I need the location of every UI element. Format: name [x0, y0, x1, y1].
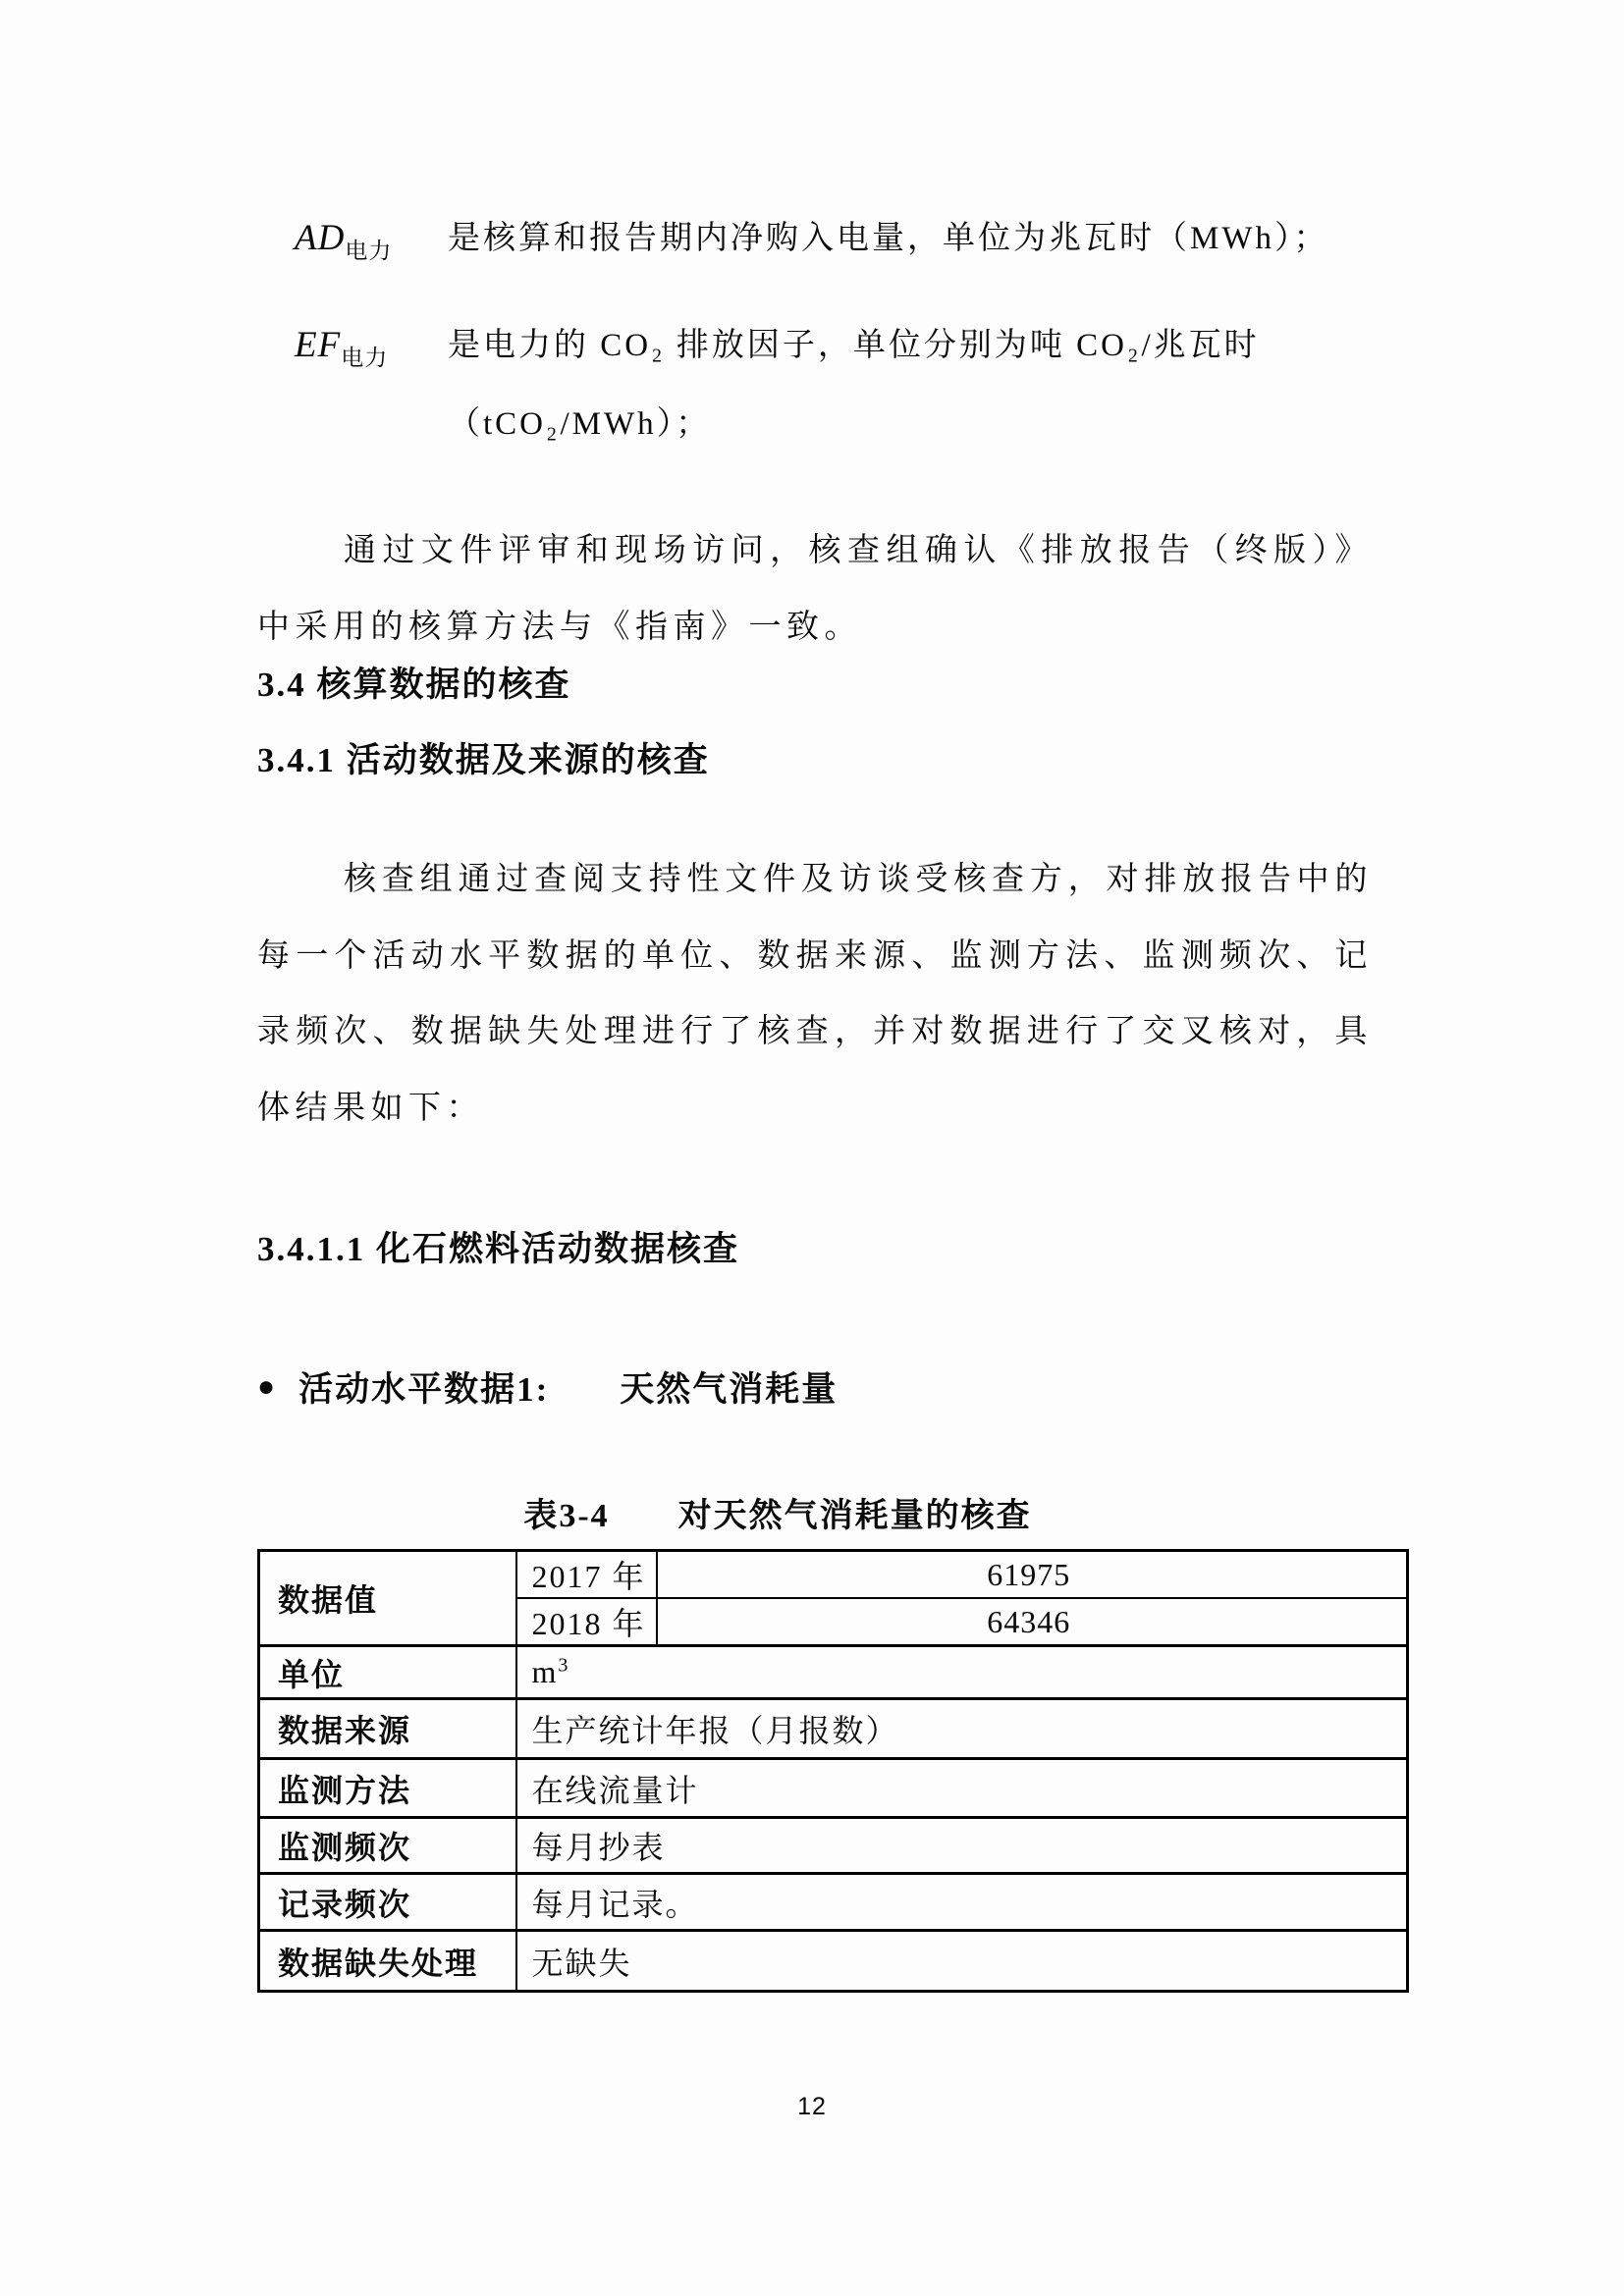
bullet-activity-data-1: ● 活动水平数据1: 天然气消耗量	[257, 1362, 838, 1412]
term-ad: AD电力	[295, 199, 448, 291]
heading-3-4: 3.4 核算数据的核查	[257, 666, 571, 705]
cell-label-monitoring-method: 监测方法	[259, 1759, 516, 1818]
cell-label-record-frequency: 记录频次	[259, 1874, 516, 1931]
cell-label-unit: 单位	[259, 1646, 516, 1699]
definition-ad-electricity: AD电力 是核算和报告期内净购入电量，单位为兆瓦时（MWh）；	[295, 199, 1420, 291]
cell-label-monitoring-frequency: 监测频次	[259, 1818, 516, 1874]
cell-label-data-source: 数据来源	[259, 1699, 516, 1759]
unit-base: m	[532, 1654, 559, 1689]
cell-year-2018: 2018 年	[516, 1598, 657, 1646]
document-page: AD电力 是核算和报告期内净购入电量，单位为兆瓦时（MWh）； EF电力 是电力…	[0, 0, 1624, 2296]
heading-3-4-1: 3.4.1 活动数据及来源的核查	[257, 741, 710, 780]
cell-monitoring-frequency: 每月抄表	[516, 1818, 1408, 1874]
cell-label-data-value: 数据值	[259, 1551, 516, 1646]
table-row: 监测方法 在线流量计	[259, 1759, 1408, 1818]
cell-missing-data: 无缺失	[516, 1931, 1408, 1992]
table-caption: 表3-4 对天然气消耗量的核查	[203, 1488, 1352, 1536]
cell-value-2017: 61975	[657, 1551, 1408, 1599]
table-row: 数据缺失处理 无缺失	[259, 1931, 1408, 1992]
bullet-value: 天然气消耗量	[620, 1362, 838, 1412]
table-row: 单位 m3	[259, 1646, 1408, 1699]
term-ad-main: AD	[295, 218, 345, 258]
unit-exponent: 3	[558, 1654, 568, 1676]
verification-table: 数据值 2017 年 61975 2018 年 64346 单位 m3 数据来源…	[257, 1549, 1409, 1993]
page-number: 12	[0, 2093, 1624, 2121]
table-row: 记录频次 每月记录。	[259, 1874, 1408, 1931]
table-row: 监测频次 每月抄表	[259, 1818, 1408, 1874]
cell-data-source: 生产统计年报（月报数）	[516, 1699, 1408, 1759]
bullet-icon: ●	[257, 1370, 277, 1404]
cell-record-frequency: 每月记录。	[516, 1874, 1408, 1931]
table-title-text: 对天然气消耗量的核查	[678, 1488, 1032, 1536]
term-ef-main: EF	[295, 325, 341, 365]
bullet-label: 活动水平数据1:	[298, 1362, 549, 1412]
heading-3-4-1-1: 3.4.1.1 化石燃料活动数据核查	[257, 1230, 739, 1269]
table-row: 数据来源 生产统计年报（月报数）	[259, 1699, 1408, 1759]
definition-ad-text: 是核算和报告期内净购入电量，单位为兆瓦时（MWh）；	[448, 199, 1420, 278]
definition-ef-line1: 是电力的 CO₂ 排放因子，单位分别为吨 CO₂/兆瓦时	[448, 306, 1420, 385]
cell-label-missing-data: 数据缺失处理	[259, 1931, 516, 1992]
paragraph-method-confirmation: 通过文件评审和现场访问，核查组确认《排放报告（终版）》中采用的核算方法与《指南》…	[257, 513, 1373, 666]
table-number: 表3-4	[523, 1488, 609, 1536]
term-ef-subscript: 电力	[341, 346, 388, 370]
table-row: 数据值 2017 年 61975	[259, 1551, 1408, 1599]
definition-ef-text: 是电力的 CO₂ 排放因子，单位分别为吨 CO₂/兆瓦时 （tCO₂/MWh）；	[448, 306, 1420, 463]
cell-value-2018: 64346	[657, 1598, 1408, 1646]
cell-year-2017: 2017 年	[516, 1551, 657, 1599]
cell-monitoring-method: 在线流量计	[516, 1759, 1408, 1818]
term-ad-subscript: 电力	[345, 239, 392, 263]
definition-ef-electricity: EF电力 是电力的 CO₂ 排放因子，单位分别为吨 CO₂/兆瓦时 （tCO₂/…	[295, 306, 1420, 463]
definition-ef-line2: （tCO₂/MWh）；	[448, 385, 1420, 463]
term-ef: EF电力	[295, 306, 448, 398]
cell-unit-value: m3	[516, 1646, 1408, 1699]
paragraph-activity-data-review: 核查组通过查阅支持性文件及访谈受核查方，对排放报告中的每一个活动水平数据的单位、…	[257, 842, 1373, 1147]
definition-ad-line1: 是核算和报告期内净购入电量，单位为兆瓦时（MWh）；	[448, 199, 1420, 278]
